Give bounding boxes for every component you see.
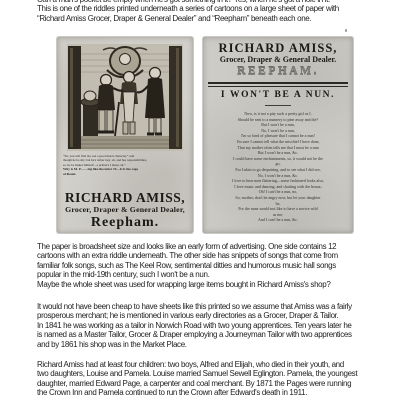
text-line: And I can't be a nun, &c. [209, 217, 347, 223]
text-line: the Crown Inn and Pamela continued to ru… [37, 388, 377, 397]
text-line: prosperous merchant; he is mentioned in … [37, 311, 377, 320]
right-broadside-town: REEPHAM. [203, 65, 353, 77]
text-line: familiar folk songs, such as The Keel Ro… [37, 261, 377, 270]
text-line: of Room. [63, 172, 187, 176]
paragraph-merchant-history: It would not have been cheap to have she… [37, 302, 377, 349]
text-line: Maybe the whole sheet was used for wrapp… [37, 280, 377, 289]
text-line: cartoons with an extra riddle underneath… [37, 251, 377, 260]
text-line: and by 1861 his shop was in the Market P… [37, 340, 377, 349]
cartoon-illustration [67, 44, 183, 151]
song-verses: Now, is it not a pity such a pretty girl… [209, 111, 347, 223]
small-rule-divider [265, 105, 291, 106]
text-line: is named as a Master Tailor, Grocer & Dr… [37, 330, 377, 339]
right-broadside-title: RICHARD AMISS, [203, 41, 353, 56]
text-line: two daughters, Louise and Pamela. Louise… [37, 369, 377, 378]
left-broadside-subtitle: Grocer, Draper & General Dealer, [57, 205, 193, 214]
text-line: daughter, married Edward Page, a carpent… [37, 379, 377, 388]
text-line: In 1841 he was working as a tailor in No… [37, 321, 377, 330]
paragraph-family-history: Richard Amiss had at least four children… [37, 360, 377, 398]
right-broadside-subtitle: Grocer, Draper & General Dealer. [203, 55, 353, 64]
left-broadside-title: RICHARD AMISS, [57, 190, 193, 206]
song-title: I WON'T BE A NUN. [203, 90, 353, 100]
text-line: The paper is broadsheet size and looks l… [37, 242, 377, 251]
left-broadside-town: Reepham. [57, 215, 193, 231]
paragraph-broadsheet-description: The paper is broadsheet size and looks l… [37, 242, 377, 289]
left-broadside-scan: “Sir, you will find my son a good moral … [57, 37, 193, 233]
woodcut-cartoon-three-men [67, 44, 183, 151]
intro-riddle-text: Can a man's pocket be empty when he's go… [37, 0, 377, 23]
text-line: “Richard Amiss Grocer, Draper & General … [37, 14, 377, 23]
right-broadside-scan: RICHARD AMISS, Grocer, Draper & General … [203, 37, 353, 233]
double-rule-divider [208, 82, 348, 87]
text-line: popular in the mid-19th century, such I … [37, 270, 377, 279]
text-line: Richard Amiss had at least four children… [37, 360, 377, 369]
text-line: It would not have been cheap to have she… [37, 302, 377, 311]
ink-speck [345, 29, 347, 32]
cartoon-caption: “Sir, you will find my son a good moral … [63, 154, 187, 176]
text-line: This is one of the riddles printed under… [37, 4, 377, 13]
